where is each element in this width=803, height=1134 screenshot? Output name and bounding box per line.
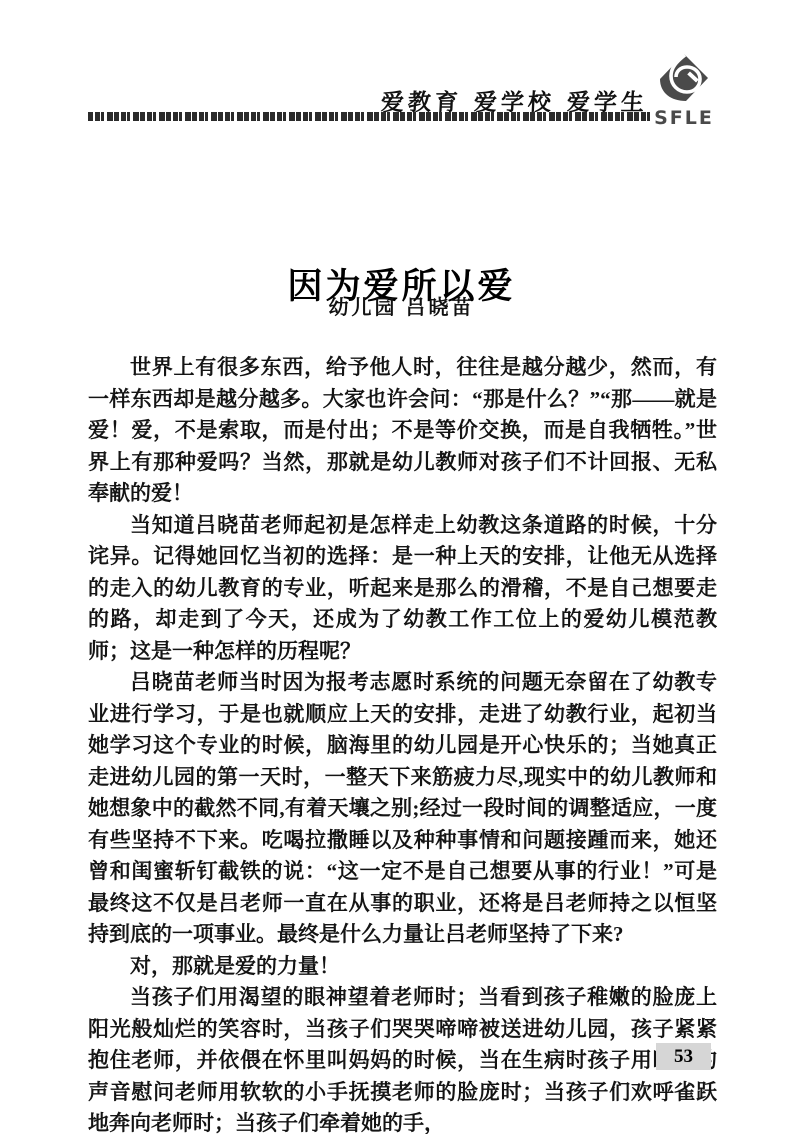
paragraph: 吕晓苗老师当时因为报考志愿时系统的问题无奈留在了幼教专业进行学习，于是也就顺应上… — [88, 667, 717, 951]
logo-text: SFLE — [645, 109, 723, 128]
barcode-divider — [88, 112, 652, 121]
paragraph: 当知道吕晓苗老师起初是怎样走上幼教这条道路的时候，十分诧异。记得她回忆当初的选择… — [88, 510, 717, 668]
paragraph: 当孩子们用渴望的眼神望着老师时；当看到孩子稚嫩的脸庞上阳光般灿烂的笑容时，当孩子… — [88, 982, 717, 1134]
paragraph: 世界上有很多东西，给予他人时，往往是越分越少，然而，有一样东西却是越分越多。大家… — [88, 352, 717, 510]
publisher-logo: SFLE — [645, 53, 723, 128]
g-leaf-logo-icon — [645, 53, 723, 108]
article-byline: 幼儿园 吕晓苗 — [0, 291, 803, 320]
page-number: 53 — [674, 1046, 693, 1068]
paragraph: 对，那就是爱的力量！ — [88, 951, 717, 983]
scanned-document-page: 爱教育 爱学校 爱学生 SFLE 因为爱所以爱 幼儿园 吕晓苗 世界上有很多东西… — [0, 0, 803, 1134]
article-body: 世界上有很多东西，给予他人时，往往是越分越少，然而，有一样东西却是越分越多。大家… — [88, 352, 717, 1134]
page-number-box: 53 — [656, 1043, 711, 1070]
